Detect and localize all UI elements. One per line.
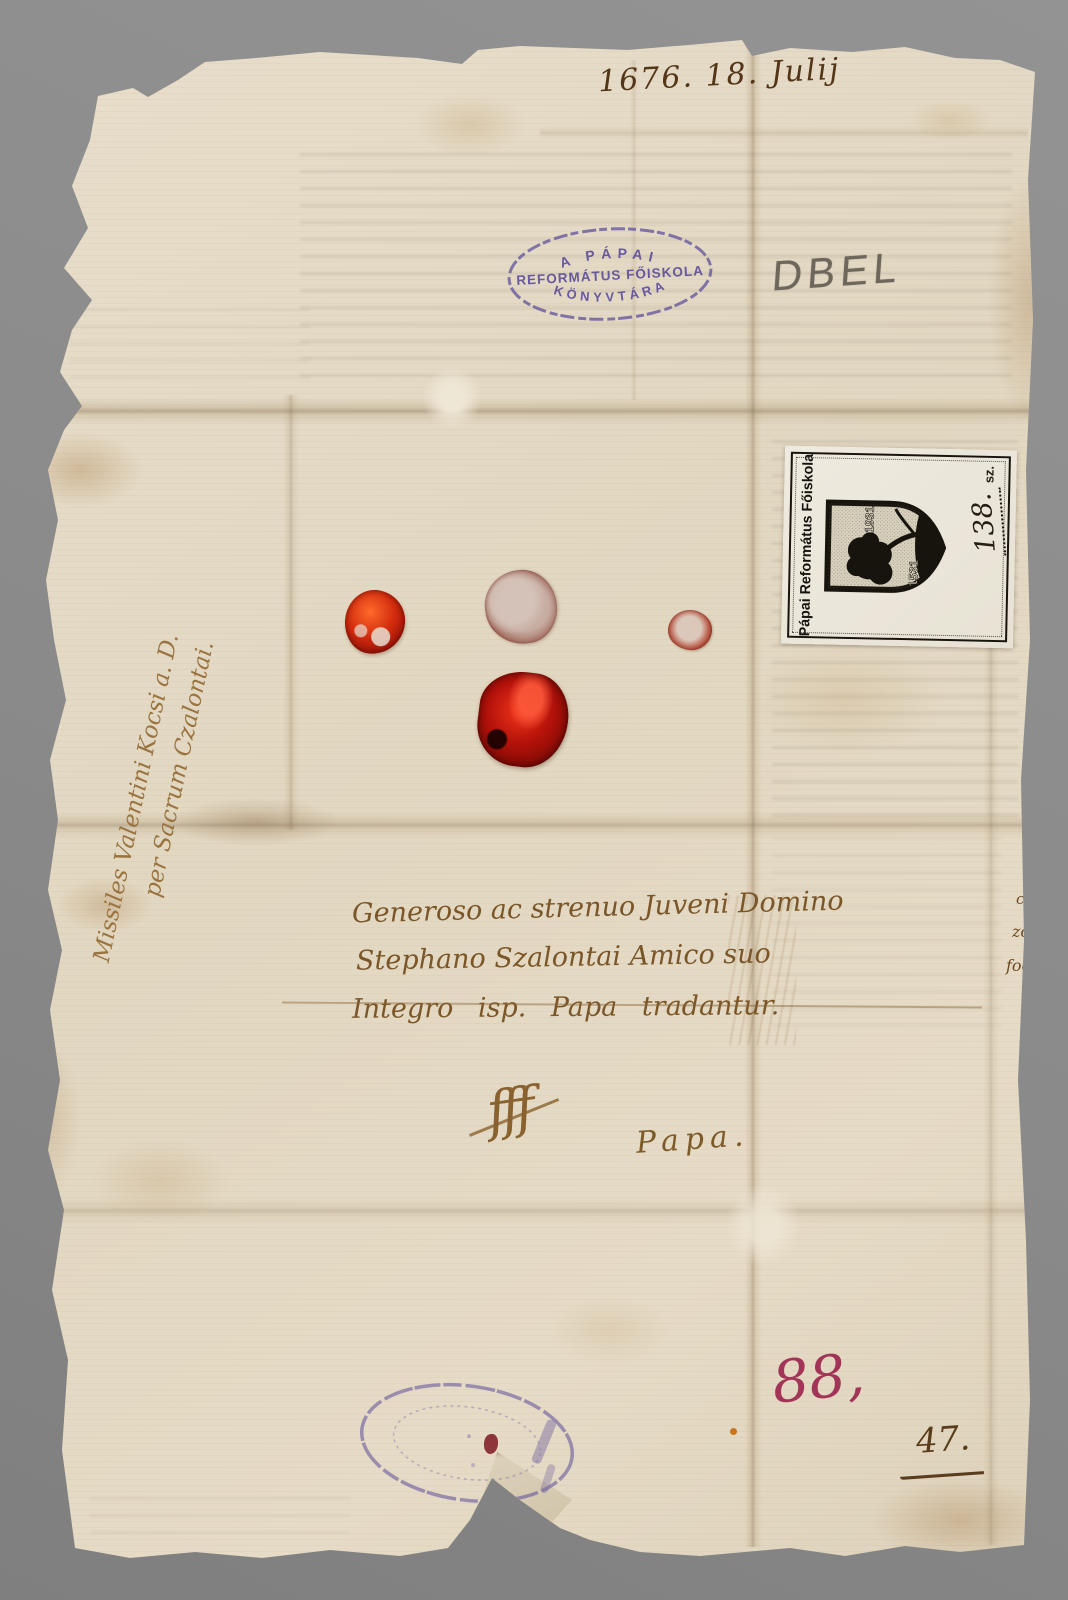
corner-page-number: 4. bbox=[68, 66, 93, 95]
wax-seal-left bbox=[342, 587, 408, 657]
wax-seal-small bbox=[667, 609, 714, 652]
edge-text-fragment: c. bbox=[1016, 890, 1029, 908]
archival-date-note: 1676. 18. Julij bbox=[597, 52, 841, 100]
wax-seal-large bbox=[473, 667, 574, 772]
horizontal-fold bbox=[40, 1198, 1030, 1224]
bookplate-number-handwritten: 138. bbox=[966, 487, 1007, 558]
ink-dot bbox=[730, 1428, 737, 1435]
edge-text-fragment: zo bbox=[1012, 922, 1030, 941]
edge-text-fragment: foc bbox=[1006, 956, 1031, 975]
brown-archive-number: 47. bbox=[915, 1418, 972, 1462]
faded-oval-stamp bbox=[344, 1363, 590, 1524]
library-oval-stamp: A PÁPAI REFORMÁTUS FŐISKOLA KÖNYVTÁRA bbox=[501, 218, 720, 329]
photograph-background: 4. 1676. 18. Julij A PÁPAI REFORMÁTUS FŐ… bbox=[0, 0, 1068, 1600]
bookplate-shield-emblem: 1531 1931 bbox=[822, 495, 949, 598]
horizontal-fold bbox=[40, 812, 1030, 838]
vertical-fold bbox=[745, 42, 761, 1547]
crease-damage bbox=[728, 1185, 798, 1265]
wax-seal-faded bbox=[480, 565, 562, 648]
letter-paper: 4. 1676. 18. Julij A PÁPAI REFORMÁTUS FŐ… bbox=[0, 0, 1068, 1600]
pencil-note: DBEL bbox=[770, 243, 903, 300]
vertical-fold bbox=[983, 640, 999, 1545]
bookplate-label: Pápai Református Főiskola bbox=[781, 446, 1017, 649]
margin-archival-note: Missiles Valentini Kocsi a. D. per Sacru… bbox=[84, 630, 224, 973]
crease-damage bbox=[424, 368, 480, 428]
text-showthrough bbox=[70, 300, 310, 390]
horizontal-fold bbox=[40, 398, 1030, 424]
address-line3: Integro isp. Papa tradantur. bbox=[352, 990, 780, 1025]
red-archive-number: 88, bbox=[769, 1339, 868, 1416]
bookplate-year-right: 1931 bbox=[862, 506, 877, 533]
vertical-fold bbox=[283, 395, 299, 830]
bookplate-shelf-number: 138. sz. bbox=[968, 465, 1005, 556]
brown-number-underline bbox=[900, 1471, 984, 1480]
text-showthrough bbox=[90, 1490, 350, 1545]
place-note: Papa. bbox=[635, 1118, 751, 1161]
bookplate-number-suffix: sz. bbox=[981, 466, 996, 484]
horizontal-crease bbox=[540, 126, 1028, 140]
address-line2: Stephano Szalontai Amico suo bbox=[356, 938, 771, 976]
stamp-line-2: REFORMÁTUS FŐISKOLA bbox=[516, 263, 704, 288]
bookplate-content: Pápai Református Főiskola bbox=[781, 446, 1017, 649]
flourish-mark: fff bbox=[483, 1075, 533, 1143]
